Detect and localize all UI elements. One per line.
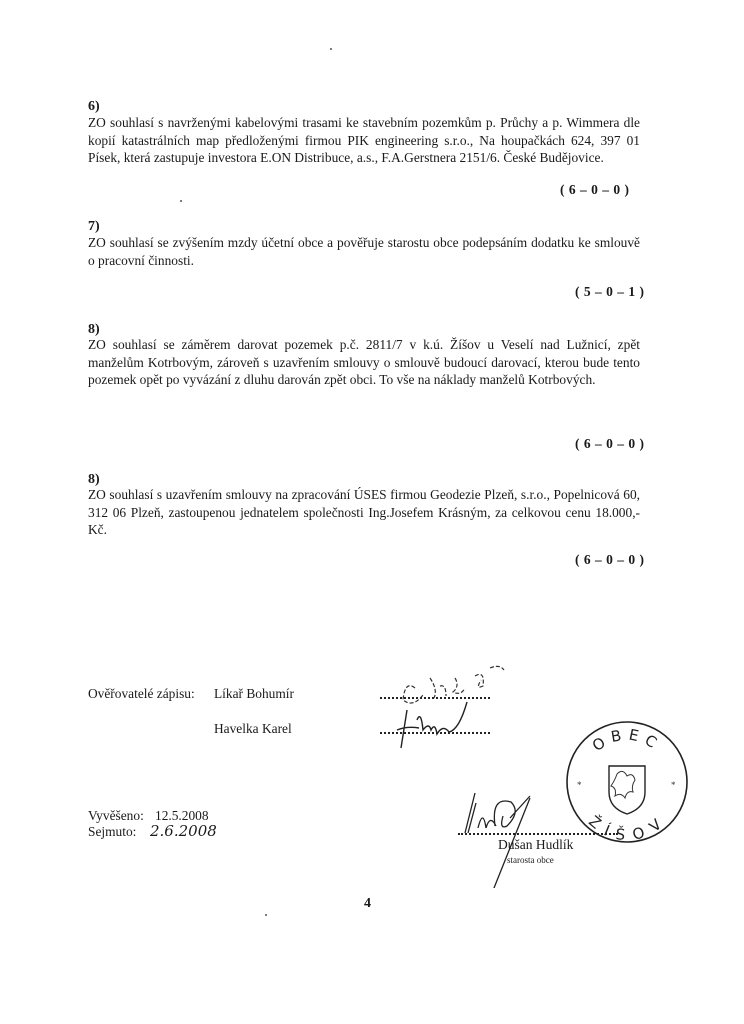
vote-result: ( 6 – 0 – 0 ): [560, 182, 630, 198]
svg-text:OBEC: OBEC: [589, 725, 665, 755]
item-text: ZO souhlasí se zvýšením mzdy účetní obce…: [88, 234, 640, 269]
verifier-signatures: [385, 648, 535, 758]
item-text: ZO souhlasí s navrženými kabelovými tras…: [88, 114, 640, 167]
item-number: 6): [88, 99, 100, 115]
svg-text:ŽÍŠOV: ŽÍŠOV: [585, 811, 669, 844]
svg-text:*: *: [577, 780, 582, 790]
page-number: 4: [364, 896, 371, 912]
svg-text:*: *: [671, 780, 676, 790]
vote-result: ( 5 – 0 – 1 ): [575, 284, 645, 300]
verifiers-label: Ověřovatelé zápisu:: [88, 686, 195, 702]
scan-speck: [180, 200, 182, 202]
stamp-top-text: OBEC: [589, 725, 665, 755]
verifier-name: Líkař Bohumír: [214, 686, 294, 702]
coat-of-arms-icon: [609, 766, 645, 814]
scan-speck: [330, 48, 332, 50]
item-text: ZO souhlasí se záměrem darovat pozemek p…: [88, 336, 640, 389]
vote-result: ( 6 – 0 – 0 ): [575, 436, 645, 452]
municipal-stamp: OBEC ŽÍŠOV * *: [563, 718, 691, 846]
vote-result: ( 6 – 0 – 0 ): [575, 552, 645, 568]
stamp-bottom-text: ŽÍŠOV: [585, 811, 669, 844]
removed-date-handwritten: 2.6.2008: [150, 822, 217, 840]
scan-speck: [265, 914, 267, 916]
item-number: 7): [88, 219, 100, 235]
posted-label: Vyvěšeno:: [88, 808, 144, 824]
removed-label: Sejmuto:: [88, 824, 136, 840]
item-text: ZO souhlasí s uzavřením smlouvy na zprac…: [88, 486, 640, 539]
verifier-name: Havelka Karel: [214, 721, 292, 737]
mayor-title: starosta obce: [507, 855, 554, 865]
